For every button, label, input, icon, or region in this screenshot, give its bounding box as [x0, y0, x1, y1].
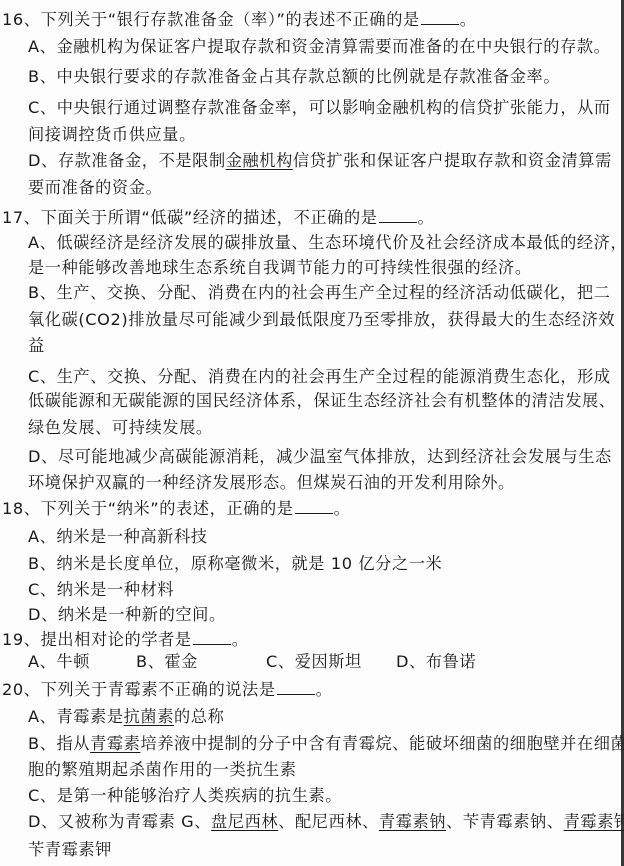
question-19-options: A、牛顿 B、霍金 C、爱因斯坦 D、布鲁诺 [28, 652, 476, 672]
question-text: 下面关于所谓“低碳”经济的描述，不正确的是 [41, 208, 378, 227]
option-text: D、存款准备金，不是限制 [28, 151, 226, 170]
question-19-option-d: D、布鲁诺 [396, 652, 476, 672]
answer-blank [421, 10, 459, 25]
question-17-option-c: C、生产、交换、分配、消费在内的社会再生产全过程的能源消费生态化，形成 [28, 367, 611, 387]
question-20-stem: 20、下列关于青霉素不正确的说法是。 [2, 680, 332, 700]
question-number: 20、 [2, 680, 41, 699]
punctuation: 。 [334, 499, 351, 518]
option-text: 信贷扩张和保证客户提取存款和资金清算需 [293, 151, 612, 170]
question-19-option-c: C、爱因斯坦 [266, 652, 396, 672]
question-text: 下列关于“银行存款准备金（率）”的表述不正确的是 [41, 10, 420, 29]
question-17-option-d-cont: 环境保护双赢的一种经济发展形态。但煤炭石油的开发利用除外。 [28, 473, 515, 493]
question-18-option-c: C、纳米是一种材料 [28, 580, 174, 600]
underlined-term: 青霉素钾 [564, 812, 624, 831]
question-18-option-d: D、纳米是一种新的空间。 [28, 605, 226, 625]
question-16-option-c-cont: 间接调控货币供应量。 [28, 125, 196, 145]
underlined-term: 盘尼西林 [211, 812, 278, 831]
question-18-option-b: B、纳米是长度单位，原称毫微米，就是 10 亿分之一米 [28, 554, 442, 574]
question-number: 16、 [2, 10, 41, 29]
question-20-option-d-cont: 苄青霉素钾 [28, 840, 112, 860]
question-number: 18、 [2, 499, 41, 518]
question-19-stem: 19、提出相对论的学者是。 [2, 630, 248, 650]
option-text: 培养液中提制的分子中含有青霉烷、能破坏细菌的细胞壁并在细菌细 [140, 734, 624, 753]
question-20-option-a: A、青霉素是抗菌素的总称 [28, 707, 224, 727]
question-19-option-b: B、霍金 [136, 652, 266, 672]
question-19-option-a: A、牛顿 [28, 652, 136, 672]
question-16-stem: 16、下列关于“银行存款准备金（率）”的表述不正确的是。 [2, 10, 477, 30]
question-17-option-b-cont: 氧化碳(CO2)排放量尽可能减少到最低限度乃至零排放，获得最大的生态经济效 [28, 310, 615, 330]
question-16-option-d-cont: 要而准备的资金。 [28, 178, 162, 198]
question-20-option-c: C、是第一种能够治疗人类疾病的抗生素。 [28, 786, 342, 806]
question-17-option-c-cont: 低碳能源和无碳能源的国民经济体系，保证生态经济社会有机整体的清洁发展、 [28, 391, 616, 411]
question-number: 19、 [2, 630, 41, 649]
underlined-term: 青霉素钠 [379, 812, 446, 831]
option-text: A、青霉素是 [28, 707, 124, 726]
question-17-option-c-cont2: 绿色发展、可持续发展。 [28, 418, 213, 438]
question-16-option-a: A、金融机构为保证客户提取存款和资金清算需要而准备的在中央银行的存款。 [28, 37, 610, 57]
question-text: 下列关于“纳米”的表述，正确的是 [41, 499, 294, 518]
question-17-option-b-cont2: 益 [28, 336, 45, 356]
option-text: 、配尼西林、 [278, 812, 379, 831]
option-text: 、苄青霉素钠、 [446, 812, 564, 831]
question-16-option-d: D、存款准备金，不是限制金融机构信贷扩张和保证客户提取存款和资金清算需 [28, 151, 612, 171]
exam-page: 16、下列关于“银行存款准备金（率）”的表述不正确的是。 A、金融机构为保证客户… [0, 0, 624, 866]
question-17-stem: 17、下面关于所谓“低碳”经济的描述，不正确的是。 [2, 208, 434, 228]
question-16-option-b: B、中央银行要求的存款准备金占其存款总额的比例就是存款准备金率。 [28, 67, 560, 87]
question-17-option-b: B、生产、交换、分配、消费在内的社会再生产全过程的经济活动低碳化，把二 [28, 283, 610, 303]
question-16-option-c: C、中央银行通过调整存款准备金率，可以影响金融机构的信贷扩张能力，从而 [28, 98, 611, 118]
question-17-option-a: A、低碳经济是经济发展的碳排放量、生态环境代价及社会经济成本最低的经济， [28, 233, 624, 253]
underlined-term: 金融机构 [226, 151, 293, 170]
question-text: 提出相对论的学者是 [41, 630, 192, 649]
question-text: 下列关于青霉素不正确的说法是 [41, 680, 276, 699]
question-17-option-d: D、尽可能地减少高碳能源消耗，减少温室气体排放，达到经济社会发展与生态 [28, 447, 612, 467]
question-18-stem: 18、下列关于“纳米”的表述，正确的是。 [2, 499, 350, 519]
punctuation: 。 [316, 680, 333, 699]
option-text: D、又被称为青霉素 G、 [28, 812, 211, 831]
question-17-option-a-cont: 是一种能够改善地球生态系统自我调节能力的可持续性很强的经济。 [28, 258, 532, 278]
question-number: 17、 [2, 208, 41, 227]
punctuation: 。 [460, 10, 477, 29]
question-20-option-b-cont: 胞的繁殖期起杀菌作用的一类抗生素 [28, 760, 297, 780]
punctuation: 。 [232, 630, 249, 649]
answer-blank [193, 630, 231, 645]
underlined-term: 青霉素 [90, 734, 140, 753]
question-20-option-b: B、指从青霉素培养液中提制的分子中含有青霉烷、能破坏细菌的细胞壁并在细菌细 [28, 734, 624, 754]
question-20-option-d: D、又被称为青霉素 G、盘尼西林、配尼西林、青霉素钠、苄青霉素钠、青霉素钾、 [28, 812, 624, 832]
answer-blank [295, 499, 333, 514]
option-text: B、指从 [28, 734, 90, 753]
punctuation: 。 [418, 208, 435, 227]
answer-blank [379, 208, 417, 223]
underlined-term: 抗菌素 [124, 707, 174, 726]
question-18-option-a: A、纳米是一种高新科技 [28, 527, 208, 547]
answer-blank [277, 680, 315, 695]
option-text: 的总称 [174, 707, 224, 726]
